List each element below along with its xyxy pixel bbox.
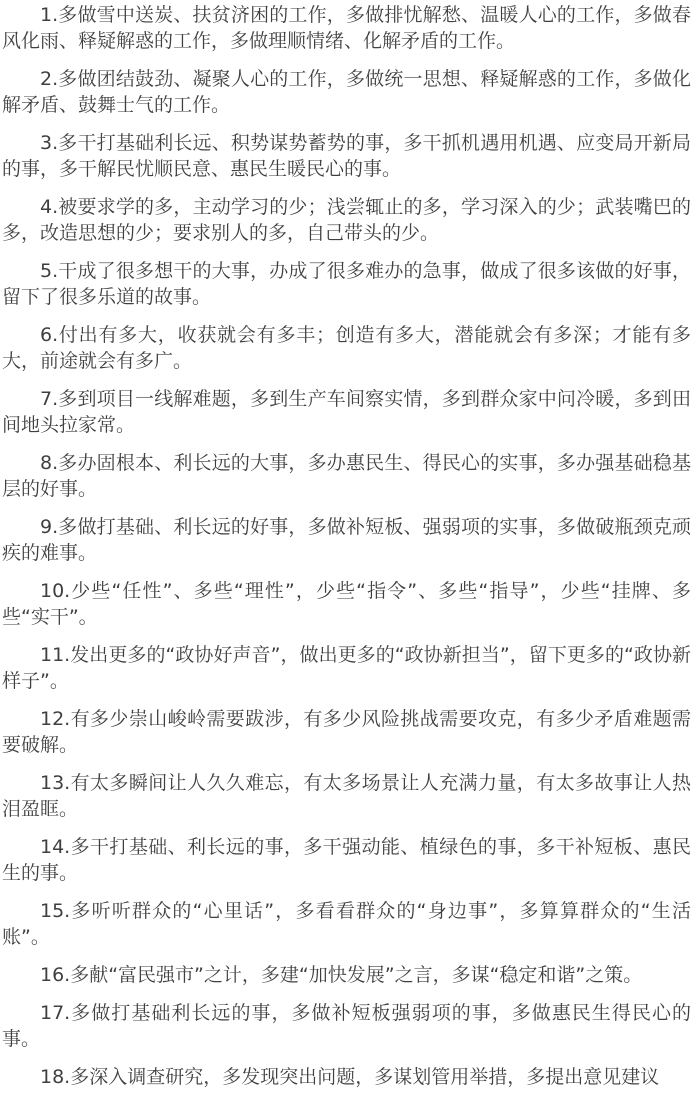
list-item: 4.被要求学的多，主动学习的少；浅尝辄止的多，学习深入的少；武装嘴巴的多，改造思… [2,194,691,246]
list-item: 14.多干打基础、利长远的事，多干强动能、植绿色的事，多干补短板、惠民生的事。 [2,834,691,886]
list-item: 1.多做雪中送炭、扶贫济困的工作，多做排忧解愁、温暖人心的工作，多做春风化雨、释… [2,2,691,54]
list-item: 8.多办固根本、利长远的大事，多办惠民生、得民心的实事，多办强基础稳基层的好事。 [2,450,691,502]
list-item: 9.多做打基础、利长远的好事，多做补短板、强弱项的实事，多做破瓶颈克顽疾的难事。 [2,514,691,566]
list-item: 6.付出有多大，收获就会有多丰；创造有多大，潜能就会有多深；才能有多大，前途就会… [2,322,691,374]
list-item: 11.发出更多的“政协好声音”，做出更多的“政协新担当”，留下更多的“政协新样子… [2,642,691,694]
list-item: 12.有多少崇山峻岭需要跋涉，有多少风险挑战需要攻克，有多少矛盾难题需要破解。 [2,706,691,758]
list-item: 16.多献“富民强市”之计，多建“加快发展”之言，多谋“稳定和谐”之策。 [2,962,691,988]
list-item: 3.多干打基础利长远、积势谋势蓄势的事，多干抓机遇用机遇、应变局开新局的事，多干… [2,130,691,182]
list-item: 13.有太多瞬间让人久久难忘，有太多场景让人充满力量，有太多故事让人热泪盈眶。 [2,770,691,822]
list-item: 18.多深入调查研究，多发现突出问题，多谋划管用举措，多提出意见建议 [2,1064,691,1090]
list-item: 2.多做团结鼓劲、凝聚人心的工作，多做统一思想、释疑解惑的工作，多做化解矛盾、鼓… [2,66,691,118]
list-item: 15.多听听群众的“心里话”，多看看群众的“身边事”，多算算群众的“生活账”。 [2,898,691,950]
list-item: 10.少些“任性”、多些“理性”，少些“指令”、多些“指导”，少些“挂牌、多些“… [2,578,691,630]
document-page: 1.多做雪中送炭、扶贫济困的工作，多做排忧解愁、温暖人心的工作，多做春风化雨、释… [0,0,693,1097]
list-item: 5.干成了很多想干的大事，办成了很多难办的急事，做成了很多该做的好事，留下了很多… [2,258,691,310]
list-item: 17.多做打基础利长远的事，多做补短板强弱项的事，多做惠民生得民心的事。 [2,1000,691,1052]
list-item: 7.多到项目一线解难题，多到生产车间察实情，多到群众家中问冷暖，多到田间地头拉家… [2,386,691,438]
